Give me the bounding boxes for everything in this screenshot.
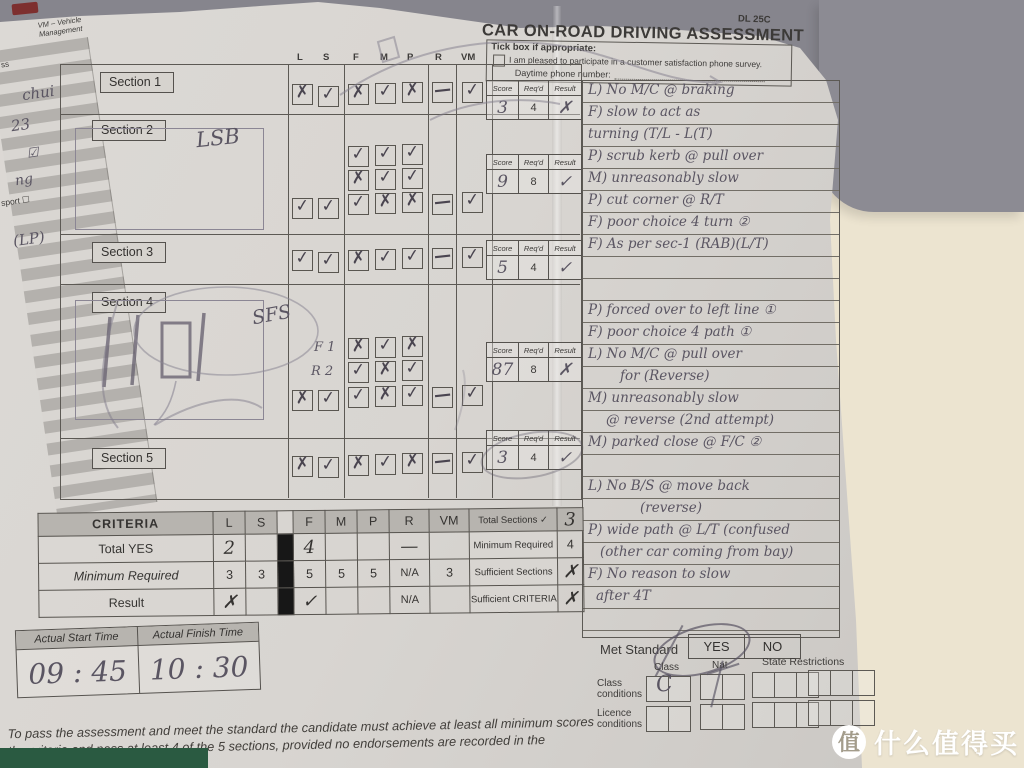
note-line: F) poor choice 4 path ① xyxy=(588,322,836,343)
gray-object xyxy=(819,0,1024,212)
score-header: Score xyxy=(487,81,518,95)
reqd-header: Req'd xyxy=(518,81,548,95)
checkbox: ✗ xyxy=(402,453,423,474)
class-conditions-nat-box xyxy=(700,674,745,700)
section-2-handwriting: LSB xyxy=(195,124,241,152)
minimum-required-label: Minimum Required xyxy=(469,531,557,559)
licence-conditions-nat-box xyxy=(700,704,745,730)
checkbox: ✗ xyxy=(375,386,396,407)
result-value: ✗ xyxy=(548,357,581,381)
checkbox-mark: ✓ xyxy=(319,195,338,217)
sufficient-sections-label: Sufficient Sections xyxy=(469,558,557,586)
checkbox: ✓ xyxy=(318,390,339,411)
class-conditions-label: Class conditions xyxy=(597,678,647,700)
note-line: (other car coming from bay) xyxy=(600,542,848,563)
score-header: Score xyxy=(487,241,518,255)
criteria-cell: 3 xyxy=(429,559,469,586)
times-table: Actual Start Time Actual Finish Time 09 … xyxy=(15,622,261,698)
criteria-col-F: F xyxy=(293,510,325,533)
watermark-text: 什么值得买 xyxy=(874,722,1019,761)
strip-checkbox-mark: ☑ xyxy=(26,145,40,161)
checkbox: — xyxy=(432,194,453,215)
green-bar xyxy=(0,748,208,768)
checkbox: ✗ xyxy=(348,338,369,359)
checkbox-mark: ✗ xyxy=(293,387,312,409)
checkbox-mark: ✗ xyxy=(403,79,422,101)
checkbox: — xyxy=(432,82,453,103)
criteria-cell: N/A xyxy=(390,586,430,613)
note-line: M) parked close @ F/C ② xyxy=(588,432,836,453)
criteria-cell: N/A xyxy=(389,559,429,586)
criteria-cell: — xyxy=(389,532,429,559)
grid-line xyxy=(288,64,289,498)
tally-sketch xyxy=(76,301,263,419)
result-header: Result xyxy=(548,241,581,255)
grid-line xyxy=(344,64,345,498)
checkbox-mark: ✓ xyxy=(403,245,422,267)
criteria-col-S: S xyxy=(245,511,277,534)
criteria-cell: 2 xyxy=(213,534,245,561)
checkbox-mark: ✓ xyxy=(376,166,395,188)
checkbox-mark: ✗ xyxy=(403,450,422,472)
checkbox-mark: ✗ xyxy=(349,81,368,103)
checkbox: ✗ xyxy=(348,455,369,476)
doc-code: DL 25C xyxy=(738,13,771,25)
note-line: L) No M/C @ braking xyxy=(588,80,836,101)
note-line: M) unreasonably slow xyxy=(588,388,836,409)
total-sections-value: 3 xyxy=(557,508,583,531)
note-line: @ reverse (2nd attempt) xyxy=(606,410,854,431)
checkbox-mark: ✗ xyxy=(349,452,368,474)
checkbox: ✗ xyxy=(348,250,369,271)
checkbox-mark: ✗ xyxy=(403,189,422,211)
checkbox: ✓ xyxy=(292,250,313,271)
criteria-cell: 5 xyxy=(357,560,389,587)
result-header: Result xyxy=(548,343,581,357)
checkbox: ✓ xyxy=(402,385,423,406)
section-1-label: Section 1 xyxy=(100,72,174,93)
result-value: ✓ xyxy=(548,169,581,193)
criteria-cell: ✗ xyxy=(214,588,246,615)
grid-line xyxy=(456,64,457,498)
criteria-cell: 3 xyxy=(213,561,245,588)
checkbox: ✓ xyxy=(318,457,339,478)
checkbox-mark: ✓ xyxy=(319,83,338,105)
col-header-M: M xyxy=(380,52,388,63)
col-header-L: L xyxy=(297,52,303,63)
checkbox-mark: ✓ xyxy=(463,382,482,404)
reqd-value: 8 xyxy=(518,169,548,193)
note-line: F) slow to act as xyxy=(588,102,836,123)
checkbox: ✓ xyxy=(318,252,339,273)
result-value: ✓ xyxy=(548,255,581,279)
note-line: for (Reverse) xyxy=(620,366,868,387)
checkbox-mark: ✓ xyxy=(463,449,482,471)
checkbox-mark: ✓ xyxy=(403,382,422,404)
checkbox-mark: ✓ xyxy=(293,247,312,269)
checkbox-mark: ✗ xyxy=(349,335,368,357)
checkbox-mark: ✗ xyxy=(376,190,395,212)
criteria-summary-table: CRITERIA L S F M P R VM Total Sections ✓… xyxy=(37,507,584,618)
checkbox: ✓ xyxy=(462,82,483,103)
min-required-row-label: Minimum Required xyxy=(38,562,213,591)
criteria-title: CRITERIA xyxy=(38,512,213,537)
criteria-cell: 5 xyxy=(293,560,325,587)
col-header-P: P xyxy=(407,52,413,63)
checkbox-mark: ✓ xyxy=(349,191,368,213)
checkbox-mark: ✓ xyxy=(376,334,395,356)
total-yes-label: Total YES xyxy=(38,535,213,564)
class-condition-value: C xyxy=(654,671,674,698)
note-line: P) forced over to left line ① xyxy=(588,300,836,321)
checkbox: ✓ xyxy=(375,337,396,358)
criteria-gap xyxy=(277,534,293,561)
grid-line xyxy=(428,64,429,498)
checkbox: ✓ xyxy=(348,387,369,408)
checkbox-mark: ✗ xyxy=(376,358,395,380)
criteria-col-P: P xyxy=(357,510,389,533)
col-header-R: R xyxy=(435,52,442,63)
state-restrictions-label: State Restrictions xyxy=(762,656,844,668)
checkbox: ✓ xyxy=(375,145,396,166)
grid-line xyxy=(60,284,580,285)
reqd-value: 4 xyxy=(518,255,548,279)
note-line: (reverse) xyxy=(640,498,888,519)
section-3-label: Section 3 xyxy=(92,242,166,263)
photo-scene: VM – Vehicle Management ss chui 23 ☑ ng … xyxy=(0,0,1024,768)
checkbox: ✓ xyxy=(292,198,313,219)
checkbox-mark: ✗ xyxy=(376,383,395,405)
checkbox: ✓ xyxy=(402,248,423,269)
note-line: F) As per sec-1 (RAB)(L/T) xyxy=(588,234,836,255)
section-4-row1-label: F 1 xyxy=(314,340,335,355)
checkbox: — xyxy=(432,248,453,269)
score-value: 5 xyxy=(487,255,518,279)
col-header-S: S xyxy=(323,52,329,63)
checkbox-mark: ✓ xyxy=(376,142,395,164)
note-line: P) wide path @ L/T (confused xyxy=(588,520,836,541)
checkbox-mark: ✓ xyxy=(349,359,368,381)
checkbox-mark: — xyxy=(433,191,452,213)
criteria-gap xyxy=(278,588,294,615)
note-line: L) No M/C @ pull over xyxy=(588,344,836,365)
checkbox-mark: ✓ xyxy=(376,80,395,102)
checkbox-mark: — xyxy=(433,79,452,101)
checkbox: ✓ xyxy=(402,360,423,381)
reqd-value: 4 xyxy=(518,95,548,119)
sufficient-sections-value: ✗ xyxy=(557,558,583,585)
sufficient-criteria-value: ✗ xyxy=(558,585,584,612)
start-time-value: 09 : 45 xyxy=(17,645,139,697)
section-5-label: Section 5 xyxy=(92,448,166,469)
checkbox-mark: ✓ xyxy=(376,246,395,268)
checkbox: ✓ xyxy=(348,362,369,383)
note-line: L) No B/S @ move back xyxy=(588,476,836,497)
criteria-cell: 4 xyxy=(293,533,325,560)
strip-handwriting: 23 xyxy=(10,115,31,135)
checkbox-mark: ✓ xyxy=(319,454,338,476)
checkbox: ✗ xyxy=(402,82,423,103)
criteria-col-L: L xyxy=(213,511,245,534)
criteria-col-VM: VM xyxy=(429,509,469,532)
survey-tick-label: Tick box if appropriate: xyxy=(491,41,596,54)
checkbox: ✗ xyxy=(375,193,396,214)
checkbox-mark: ✓ xyxy=(376,451,395,473)
finish-time-value: 10 : 30 xyxy=(137,641,260,693)
checkbox: ✓ xyxy=(462,385,483,406)
note-line: turning (T/L - L(T) xyxy=(588,124,836,145)
watermark: 值 什么值得买 xyxy=(832,722,1019,761)
checkbox: ✓ xyxy=(375,249,396,270)
checkbox: ✓ xyxy=(348,194,369,215)
criteria-cell: ✓ xyxy=(294,587,326,614)
checkbox-mark: ✓ xyxy=(403,165,422,187)
checkbox: ✓ xyxy=(375,454,396,475)
class-conditions-state-box xyxy=(808,670,875,696)
result-header: Result xyxy=(548,81,581,95)
checkbox: ✗ xyxy=(292,456,313,477)
total-sections-label: Total Sections ✓ xyxy=(469,508,557,532)
criteria-cell xyxy=(430,586,470,613)
checkbox-mark: ✗ xyxy=(293,453,312,475)
score-header: Score xyxy=(487,155,518,169)
checkbox-mark: — xyxy=(433,245,452,267)
result-row-label: Result xyxy=(39,589,214,618)
checkbox: ✗ xyxy=(292,84,313,105)
criteria-gap xyxy=(277,561,293,588)
criteria-col-R: R xyxy=(389,509,429,532)
criteria-cell xyxy=(325,533,357,560)
checkbox: ✓ xyxy=(375,169,396,190)
note-line: F) No reason to slow xyxy=(588,564,836,585)
note-line: P) cut corner @ R/T xyxy=(588,190,836,211)
checkbox: ✓ xyxy=(318,198,339,219)
checkbox: ✗ xyxy=(402,192,423,213)
checkbox-mark: ✗ xyxy=(403,333,422,355)
section-4-score-table: ScoreReq'dResult 878✗ xyxy=(486,342,582,382)
checkbox-mark: ✓ xyxy=(319,387,338,409)
checkbox-mark: — xyxy=(433,450,452,472)
grid-line xyxy=(60,234,580,235)
licence-conditions-class-box xyxy=(646,706,691,732)
section-2-score-table: ScoreReq'dResult 98✓ xyxy=(486,154,582,194)
checkbox: ✓ xyxy=(462,192,483,213)
sufficient-criteria-label: Sufficient CRITERIA xyxy=(470,585,558,613)
checkbox: ✓ xyxy=(462,247,483,268)
checkbox: ✓ xyxy=(318,86,339,107)
score-value: 9 xyxy=(487,169,518,193)
criteria-cell xyxy=(326,587,358,614)
criteria-cell: 3 xyxy=(245,561,277,588)
criteria-cell xyxy=(429,532,469,559)
score-header: Score xyxy=(487,343,518,357)
checkbox-mark: ✓ xyxy=(319,249,338,271)
reqd-header: Req'd xyxy=(518,155,548,169)
note-line: M) unreasonably slow xyxy=(588,168,836,189)
checkbox-mark: ✓ xyxy=(349,143,368,165)
section-1-score-table: ScoreReq'dResult 34✗ xyxy=(486,80,582,120)
checkbox-mark: ✗ xyxy=(349,167,368,189)
checkbox-mark: ✓ xyxy=(403,141,422,163)
strip-handwriting: ng xyxy=(14,171,34,189)
checkbox: — xyxy=(432,453,453,474)
score-value: 3 xyxy=(487,95,518,119)
criteria-cell xyxy=(246,588,278,615)
col-header-VM: VM xyxy=(461,52,475,63)
note-line: after 4T xyxy=(596,586,844,607)
checkbox: ✓ xyxy=(348,146,369,167)
note-line: F) poor choice 4 turn ② xyxy=(588,212,836,233)
section-3-score-table: ScoreReq'dResult 54✓ xyxy=(486,240,582,280)
checkbox-mark: ✗ xyxy=(293,81,312,103)
col-header-F: F xyxy=(353,52,359,63)
checkbox-mark: — xyxy=(433,384,452,406)
result-value: ✗ xyxy=(548,95,581,119)
checkbox: ✓ xyxy=(402,168,423,189)
score-value: 87 xyxy=(487,357,518,381)
checkbox: ✗ xyxy=(292,390,313,411)
checkbox-mark: ✓ xyxy=(463,244,482,266)
met-standard-no: NO xyxy=(744,635,800,658)
section-4-row2-label: R 2 xyxy=(311,364,333,379)
criteria-gap xyxy=(277,511,293,534)
checkbox: — xyxy=(432,387,453,408)
checkbox-mark: ✓ xyxy=(463,189,482,211)
checkbox: ✗ xyxy=(348,170,369,191)
red-mark xyxy=(11,2,38,16)
criteria-col-M: M xyxy=(325,510,357,533)
strip-print-fragment: ss xyxy=(0,59,9,69)
note-line: P) scrub kerb @ pull over xyxy=(588,146,836,167)
watermark-badge: 值 xyxy=(832,725,866,759)
checkbox: ✗ xyxy=(402,336,423,357)
criteria-cell xyxy=(245,534,277,561)
checkbox: ✓ xyxy=(402,144,423,165)
checkbox: ✓ xyxy=(375,83,396,104)
checkbox-mark: ✓ xyxy=(463,79,482,101)
section-4-sketch-box xyxy=(75,300,264,420)
criteria-cell xyxy=(358,587,390,614)
reqd-header: Req'd xyxy=(518,241,548,255)
reqd-header: Req'd xyxy=(518,343,548,357)
criteria-cell xyxy=(357,533,389,560)
result-header: Result xyxy=(548,155,581,169)
checkbox: ✗ xyxy=(348,84,369,105)
checkbox-mark: ✓ xyxy=(403,357,422,379)
reqd-value: 8 xyxy=(518,357,548,381)
checkbox: ✗ xyxy=(375,361,396,382)
criteria-cell: 5 xyxy=(325,560,357,587)
minimum-required-value: 4 xyxy=(557,531,583,558)
checkbox-mark: ✓ xyxy=(349,384,368,406)
checkbox-mark: ✗ xyxy=(349,247,368,269)
checkbox-mark: ✓ xyxy=(293,195,312,217)
